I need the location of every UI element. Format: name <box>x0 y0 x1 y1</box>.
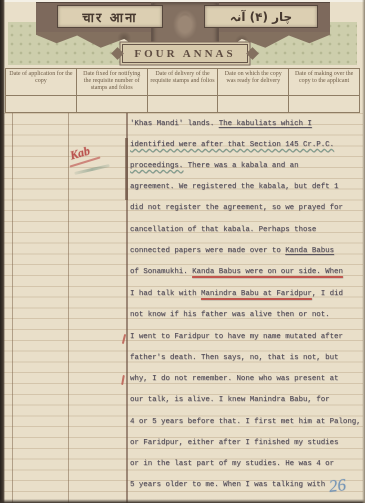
deposition-line: of Sonamukhi. Kanda Babus were on our si… <box>130 268 343 276</box>
photo-edge <box>0 0 5 503</box>
stamp-paper-page: चार आना چار (۴) آنہ FOUR ANNAS Date of a… <box>0 0 365 503</box>
inked-margin-mark <box>125 138 128 200</box>
typed-text: agreement. We registered the kabala, but… <box>130 183 338 191</box>
value-cell <box>76 95 147 112</box>
ledger-vertical-rule <box>12 113 13 503</box>
typed-text: father's death. Then says, no, that is n… <box>130 354 338 362</box>
page-number-note: 26 <box>328 475 347 497</box>
typed-text-underlined: Manindra Babu at Faridpur <box>201 290 312 298</box>
ledger-vertical-rule <box>68 113 69 503</box>
deposition-line: proceedings. There was a kabala and an <box>130 162 299 170</box>
typed-text: our talk, is alive. I knew Manindra Babu… <box>130 396 330 404</box>
deposition-line: 'Khas Mandi' lands. The kabuliats which … <box>130 120 312 128</box>
typed-text-underlined: The kabuliats which I <box>219 120 312 128</box>
typed-text: did not register the agreement, so we pr… <box>130 204 343 212</box>
deposition-line: 5 years older to me. When I was talking … <box>130 481 325 489</box>
deposition-line: or Faridpur, either after I finished my … <box>130 439 338 447</box>
typed-text: connected papers were made over to <box>130 247 285 255</box>
hindi-denomination-label: चार आना <box>57 5 163 28</box>
typed-text: of Sonamukhi. <box>130 268 192 276</box>
deposition-line: I had talk with Manindra Babu at Faridpu… <box>130 290 343 298</box>
deposition-line: or in the last part of my studies. He wa… <box>130 460 334 468</box>
typed-text-underlined: identified were after that Section 145 C… <box>130 141 334 149</box>
deposition-line: 4 or 5 years before that. I first met hi… <box>130 418 361 426</box>
value-cell <box>218 95 289 112</box>
typed-text: cancellation of that kabala. Perhaps tho… <box>130 226 316 234</box>
photo-edge <box>0 0 365 2</box>
table-value-row <box>6 95 360 112</box>
value-cell <box>289 95 360 112</box>
deposition-line: not know if his father was alive then or… <box>130 311 330 319</box>
typed-text: I went to Faridpur to have my name mutat… <box>130 333 343 341</box>
deposition-line: why, I do not remember. None who was pre… <box>130 375 338 383</box>
copy-form-table: Date of application for the copy Date fi… <box>5 68 360 113</box>
deposition-line: did not register the agreement, so we pr… <box>130 204 343 212</box>
deposition-line: agreement. We registered the kabala, but… <box>130 183 338 191</box>
header-cell-notify-date: Date fixed for notifying the requisite n… <box>76 69 147 96</box>
value-cell <box>6 95 77 112</box>
typed-text: 4 or 5 years before that. I first met hi… <box>130 418 361 426</box>
typed-text: I had talk with <box>130 290 201 298</box>
typed-text: There was a kabala and an <box>183 162 298 170</box>
photo-edge <box>0 499 365 503</box>
deposition-line: I went to Faridpur to have my name mutat… <box>130 333 343 341</box>
header-cell-application-date: Date of application for the copy <box>6 69 77 96</box>
table-header-row: Date of application for the copy Date fi… <box>6 69 360 96</box>
deposition-line: cancellation of that kabala. Perhaps tho… <box>130 226 316 234</box>
stamp-vignette: चार आना چار (۴) آنہ FOUR ANNAS <box>0 0 365 68</box>
typed-text: 5 years older to me. When I was talking … <box>130 481 325 489</box>
four-annas-banner: FOUR ANNAS <box>122 44 248 63</box>
typed-text: not know if his father was alive then or… <box>130 311 330 319</box>
typed-text: 'Khas Mandi' lands. <box>130 120 219 128</box>
value-cell <box>147 95 218 112</box>
typed-text: , I did <box>312 290 343 298</box>
deposition-line: connected papers were made over to Kanda… <box>130 247 334 255</box>
typed-text: why, I do not remember. None who was pre… <box>130 375 338 383</box>
deposition-line: identified were after that Section 145 C… <box>130 141 334 149</box>
urdu-denomination-label: چار (۴) آنہ <box>204 5 318 28</box>
header-cell-delivery-stamps-date: Date of delivery of the requisite stamps… <box>147 69 218 96</box>
deposition-line: our talk, is alive. I knew Manindra Babu… <box>130 396 330 404</box>
typed-text: or in the last part of my studies. He wa… <box>130 460 334 468</box>
deposition-line: father's death. Then says, no, that is n… <box>130 354 338 362</box>
typed-text-underlined: proceedings. <box>130 162 183 170</box>
header-cell-copy-ready-date: Date on which the copy was ready for del… <box>218 69 289 96</box>
typed-text: or Faridpur, either after I finished my … <box>130 439 338 447</box>
header-cell-making-over-date: Date of making over the copy to the appl… <box>289 69 360 96</box>
typed-text-underlined: Kanda Babus <box>285 247 334 255</box>
typed-text-underlined: Kanda Babus were on our side. When <box>192 268 343 276</box>
